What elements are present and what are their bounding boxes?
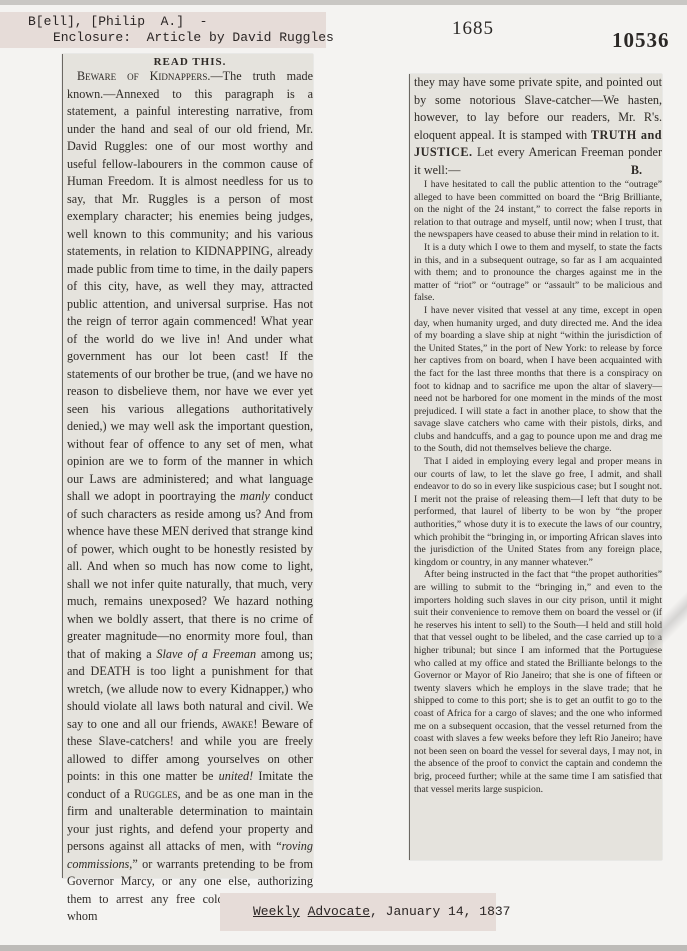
newspaper-clipping-left: READ THIS. Beware of Kidnappers.—The tru… (62, 54, 313, 878)
signature: B. (631, 162, 642, 180)
editorial-continuation: they may have some private spite, and po… (414, 74, 662, 179)
lead-title: Beware of Kidnappers. (77, 69, 210, 83)
label-enclosure: Enclosure: Article by David Ruggles (53, 30, 334, 46)
letter-paragraph: That I aided in employing every legal an… (414, 456, 662, 569)
publication-name-1: Weekly (253, 904, 300, 919)
newspaper-clipping-right: they may have some private spite, and po… (409, 74, 662, 860)
scan-bottom-edge (0, 945, 687, 951)
headline: READ THIS. (67, 56, 313, 68)
letter-paragraph: I have never visited that vessel at any … (414, 305, 662, 456)
page-number: 1685 (452, 18, 494, 40)
publication-name-2: Advocate (308, 904, 370, 919)
archival-label: B[ell], [Philip A.] - Enclosure: Article… (0, 12, 326, 48)
letter-paragraph: After being instructed in the fact that … (414, 569, 662, 796)
scan-top-edge (0, 0, 687, 5)
publication-date: , January 14, 1837 (370, 904, 510, 919)
letter-paragraph: I have hesitated to call the public atte… (414, 179, 662, 242)
document-id: 10536 (612, 28, 670, 53)
source-caption: Weekly Advocate, January 14, 1837 (220, 893, 496, 931)
letter-paragraph: It is a duty which I owe to them and mys… (414, 242, 662, 305)
label-author: B[ell], [Philip A.] - (28, 14, 207, 30)
ruggles-letter: I have hesitated to call the public atte… (414, 179, 662, 796)
editorial-text: Beware of Kidnappers.—The truth made kno… (67, 68, 313, 926)
paper-smudge (648, 590, 687, 650)
